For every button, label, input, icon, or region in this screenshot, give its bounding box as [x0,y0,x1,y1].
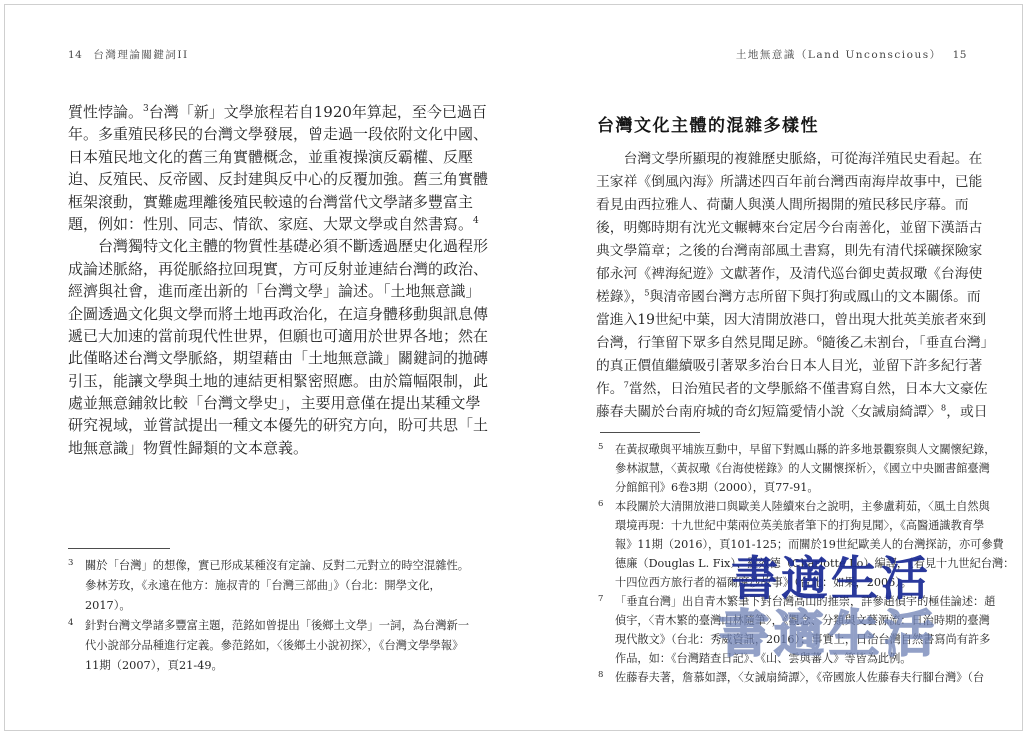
footnote-text: 在黃叔璥與平埔族互動中，早留下對鳳山縣的許多地景觀察與人文關懷紀錄，參林淑慧，〈… [615,440,995,497]
text-line: 框架滾動，實難處理離後殖民較遠的台灣當代文學諸多豐富主 [68,191,476,213]
right-footnote-separator [600,432,700,433]
right-page-number: 15 [953,49,967,61]
text-line: 藤春夫關於台南府城的奇幻短篇愛情小說〈女誡扇綺譚〉8，或日 [596,401,976,424]
left-page-body: 質性悖論。3台灣「新」文學旅程若自1920年算起，至今已過百年。多重殖民移民的台… [68,101,476,459]
left-page-number: 14 [68,49,82,61]
text-line: 年。多重殖民移民的台灣文學發展，曾走過一段依附文化中國、 [68,123,476,145]
footnote-number: 5 [598,440,615,497]
text-line: 引玉，能讓文學與土地的連結更相緊密照應。由於篇幅限制，此 [68,370,476,392]
text-line: 看見由西拉雅人、荷蘭人與漢人間所揭開的殖民移民序幕。而 [596,194,976,217]
text-line: 作。7當然，日治殖民者的文學脈絡不僅書寫自然，日本大文豪佐 [596,378,976,401]
text-line: 典文學篇章；之後的台灣南部風土書寫，則先有清代採礦探險家 [596,240,976,263]
footnote-number: 3 [68,556,85,616]
footnote-line: 環境再現：十九世紀中葉兩位英美旅者筆下的打狗見聞〉，《高醫通識教育學 [615,516,1014,535]
text-line: 郁永河《裨海紀遊》文獻著作，及清代巡台御史黃叔璥《台海使 [596,263,976,286]
text-line: 質性悖論。3台灣「新」文學旅程若自1920年算起，至今已過百 [68,101,476,123]
text-line: 的真正價值繼續吸引著眾多治台日本人目光，並留下許多紀行著 [596,355,976,378]
text-line: 迫、反殖民、反帝國、反封建與反中心的反覆加強。舊三角實體 [68,168,476,190]
footnote-line: 代小說部分品種進行定義。參范銘如，〈後鄉土小說初探〉，《台灣文學學報》 [85,636,480,656]
text-line: 遞已大加速的當前現代性世界，但願也可適用於世界各地；然在 [68,325,476,347]
footnote: 3關於「台灣」的想像，實已形成某種沒有定論、反對二元對立的時空混雜性。參林芳玫，… [68,556,480,616]
right-running-head: 土地無意識（Land Unconscious）15 [736,47,967,62]
footnote-line: 分館館刊》6卷3期（2000），頁77-91。 [615,478,995,497]
footnote-line: 本段關於大清開放港口與歐美人陸續來台之說明，主參盧莉茹，〈風土自然與 [615,497,1014,516]
footnote: 8佐藤春夫著，詹慕如譯，〈女誡扇綺譚〉，《帝國旅人佐藤春夫行腳台灣》（台 [598,668,974,687]
left-running-head: 14台灣理論關鍵詞II [68,47,189,62]
book-spread: 14台灣理論關鍵詞II 土地無意識（Land Unconscious）15 質性… [0,0,1027,735]
text-line: 成論述脈絡，再從脈絡拉回現實，方可反射並連結台灣的政治、 [68,258,476,280]
footnote-line: 在黃叔璥與平埔族互動中，早留下對鳳山縣的許多地景觀察與人文關懷紀錄， [615,440,995,459]
watermark-text-outline: 書適生活 [719,594,939,666]
footnote: 4針對台灣文學諸多豐富主題，范銘如曾提出「後鄉土文學」一詞，為台灣新一代小說部分… [68,616,480,676]
text-line: 地無意識」物質性歸類的文本意義。 [68,437,476,459]
text-line: 台灣文學所顯現的複雜歷史脈絡，可從海洋殖民史看起。在 [596,148,976,171]
footnote-number: 7 [598,592,615,668]
text-line: 經濟與社會，進而產出新的「台灣文學」論述。「土地無意識」 [68,280,476,302]
text-line: 企圖透過文化與文學而將土地再政治化，在這身體移動與訊息傳 [68,303,476,325]
footnote-line: 佐藤春夫著，詹慕如譯，〈女誡扇綺譚〉，《帝國旅人佐藤春夫行腳台灣》（台 [615,668,984,687]
footnote-number: 8 [598,668,615,687]
text-line: 此僅略述台灣文學脈絡，期望藉由「土地無意識」關鍵詞的拋磚 [68,347,476,369]
right-running-title: 土地無意識（Land Unconscious） [736,49,942,61]
footnote-line: 參林芳玫，《永遠在他方：施叔青的「台灣三部曲」》（台北：開學文化， [85,576,480,596]
footnote-text: 關於「台灣」的想像，實已形成某種沒有定論、反對二元對立的時空混雜性。參林芳玫，《… [85,556,480,616]
text-line: 台灣獨特文化主體的物質性基礎必須不斷透過歷史化過程形 [68,235,476,257]
footnote-line: 11期（2007），頁21-49。 [85,656,480,676]
left-page-footnotes: 3關於「台灣」的想像，實已形成某種沒有定論、反對二元對立的時空混雜性。參林芳玫，… [68,556,480,676]
text-line: 後，明鄭時期有沈光文輾轉來台定居今台南善化，並留下漢語古 [596,217,976,240]
text-line: 當進入19世紀中葉，因大清開放港口，曾出現大批英美旅者來到 [596,309,976,332]
text-line: 台灣，行筆留下眾多自然見聞足跡。6隨後乙未割台，「垂直台灣」 [596,332,976,355]
footnote-line: 參林淑慧，〈黃叔璥《台海使槎錄》的人文關懷探析〉，《國立中央圖書館臺灣 [615,459,995,478]
section-heading: 台灣文化主體的混雜多樣性 [597,111,819,136]
left-footnote-separator [68,548,170,549]
text-line: 槎錄》，5與清帝國台灣方志所留下與打狗或鳳山的文本關係。而 [596,286,976,309]
text-line: 處並無意鋪敘比較「台灣文學史」，主要用意僅在提出某種文學 [68,392,476,414]
right-page-body: 台灣文學所顯現的複雜歷史脈絡，可從海洋殖民史看起。在王家祥《倒風內海》所講述四百… [596,148,976,424]
footnote-line: 2017）。 [85,596,480,616]
text-line: 王家祥《倒風內海》所講述四百年前台灣西南海岸故事中，已能 [596,171,976,194]
left-running-title: 台灣理論關鍵詞II [93,49,188,61]
footnote-number: 4 [68,616,85,676]
text-line: 題，例如：性別、同志、情欲、家庭、大眾文學或自然書寫。4 [68,213,476,235]
footnote-line: 針對台灣文學諸多豐富主題，范銘如曾提出「後鄉土文學」一詞，為台灣新一 [85,616,480,636]
footnote-line: 關於「台灣」的想像，實已形成某種沒有定論、反對二元對立的時空混雜性。 [85,556,480,576]
text-line: 研究視域，並嘗試提出一種文本優先的研究方向，盼可共思「土 [68,414,476,436]
footnote-number: 6 [598,497,615,592]
footnote-text: 針對台灣文學諸多豐富主題，范銘如曾提出「後鄉土文學」一詞，為台灣新一代小說部分品… [85,616,480,676]
footnote-text: 佐藤春夫著，詹慕如譯，〈女誡扇綺譚〉，《帝國旅人佐藤春夫行腳台灣》（台 [615,668,984,687]
footnote: 5在黃叔璥與平埔族互動中，早留下對鳳山縣的許多地景觀察與人文關懷紀錄，參林淑慧，… [598,440,974,497]
text-line: 日本殖民地文化的舊三角實體概念，並重複操演反霸權、反壓 [68,146,476,168]
